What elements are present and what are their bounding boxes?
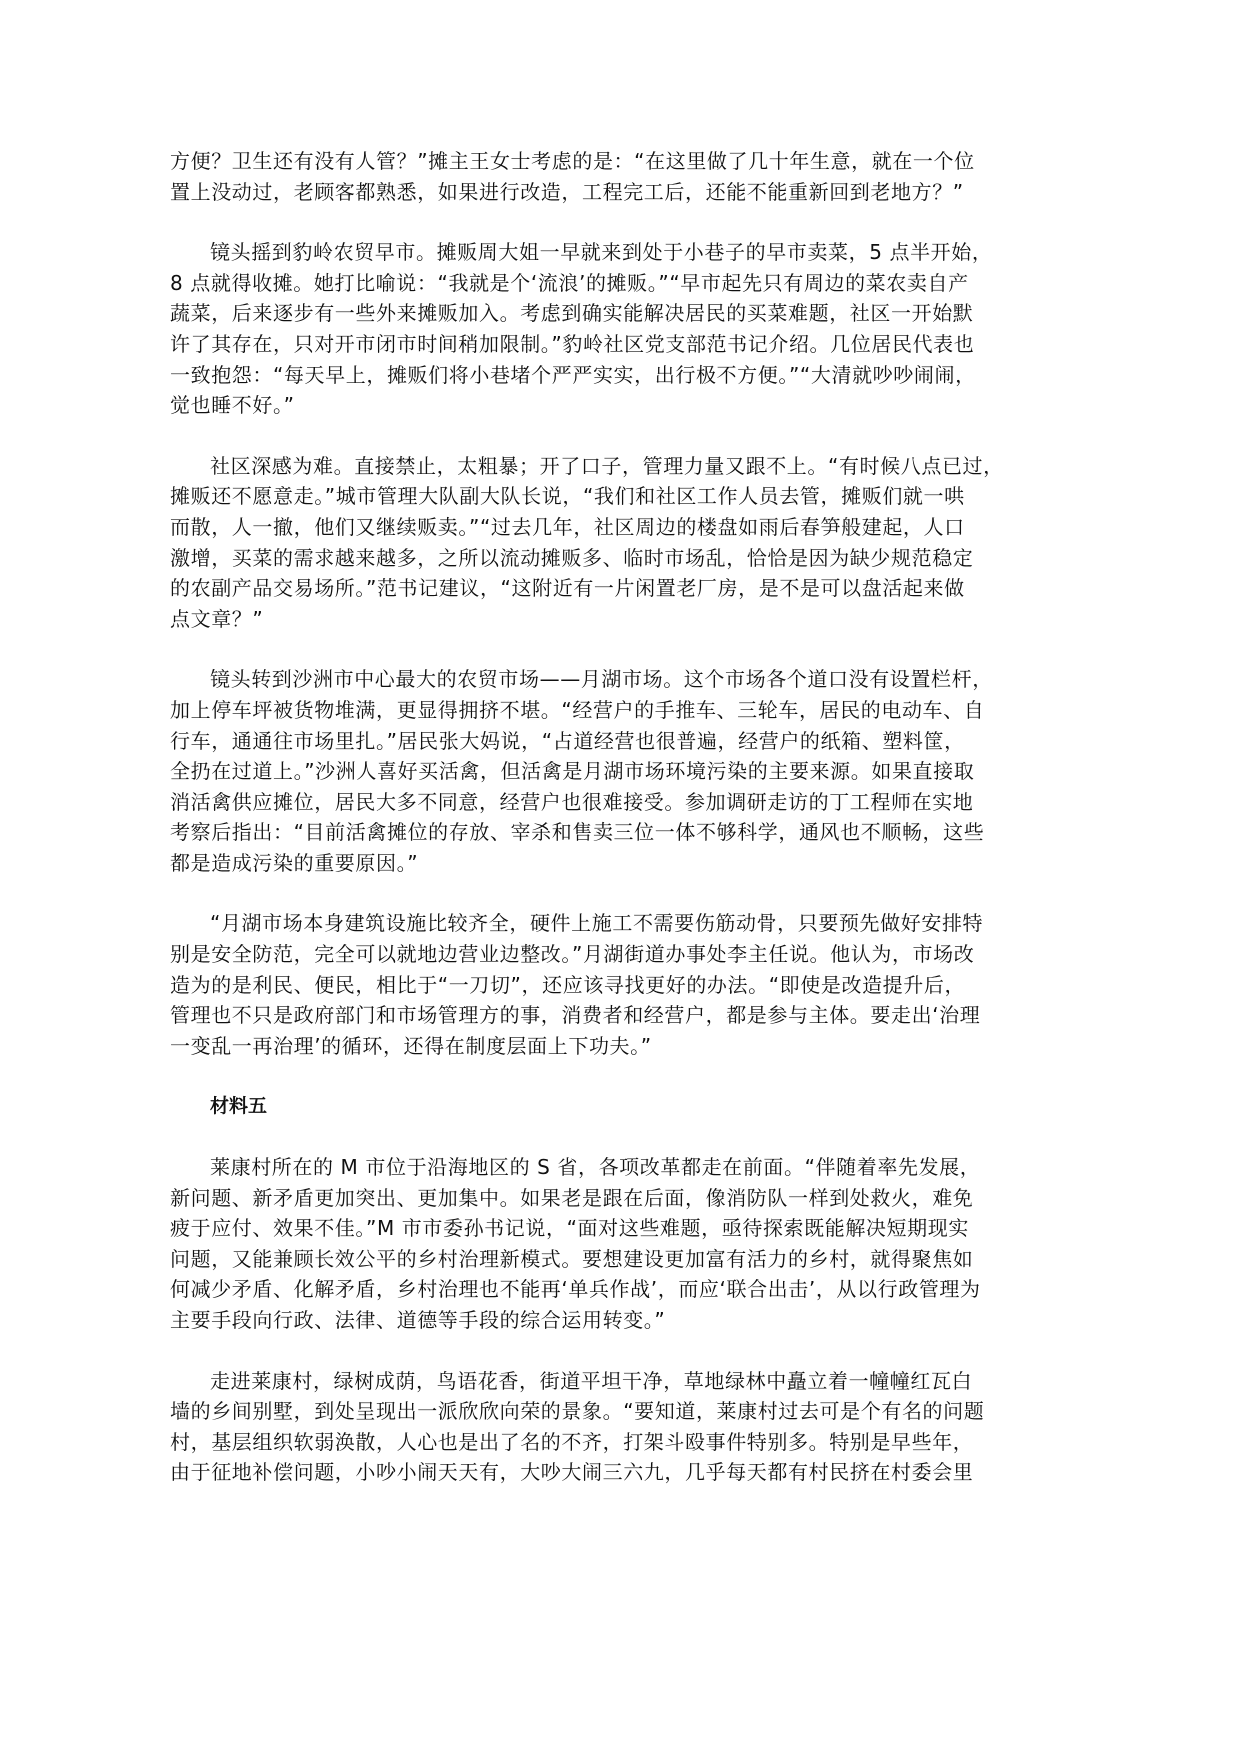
text-line: 造为的是利民、便民，相比于“一刀切”，还应该寻找更好的办法。“即使是改造提升后， — [170, 970, 1050, 1001]
paragraph-yuehu-market: 镜头转到沙洲市中心最大的农贸市场——月湖市场。这个市场各个道口没有设置栏杆， 加… — [170, 664, 1050, 878]
text-line: 一致抱怨：“每天早上，摊贩们将小巷堵个严严实实，出行极不方便。”“大清就吵吵闹闹… — [170, 360, 1050, 391]
text-line: 行车，通通往市场里扎。”居民张大妈说，“占道经营也很普遍，经营户的纸箱、塑料筐， — [170, 726, 1050, 757]
text-line: 主要手段向行政、法律、道德等手段的综合运用转变。” — [170, 1305, 1050, 1336]
text-line: 镜头转到沙洲市中心最大的农贸市场——月湖市场。这个市场各个道口没有设置栏杆， — [170, 664, 1050, 695]
text-line: 都是造成污染的重要原因。” — [170, 848, 1050, 879]
paragraph-m-city-reform: 莱康村所在的 M 市位于沿海地区的 S 省，各项改革都走在前面。“伴随着率先发展… — [170, 1152, 1050, 1336]
text-line: 点文章？” — [170, 604, 1050, 635]
text-line: 而散，人一撤，他们又继续贩卖。”“过去几年，社区周边的楼盘如雨后春笋般建起，人口 — [170, 512, 1050, 543]
text-line: 消活禽供应摊位，居民大多不同意，经营户也很难接受。参加调研走访的丁工程师在实地 — [170, 787, 1050, 818]
paragraph-laikang-village: 走进莱康村，绿树成荫，鸟语花香，街道平坦干净，草地绿林中矗立着一幢幢红瓦白 墙的… — [170, 1366, 1050, 1488]
text-line: 激增，买菜的需求越来越多，之所以流动摊贩多、临时市场乱，恰恰是因为缺少规范稳定 — [170, 543, 1050, 574]
text-line: 社区深感为难。直接禁止，太粗暴；开了口子，管理力量又跟不上。“有时候八点已过， — [170, 451, 1050, 482]
text-line: 蔬菜，后来逐步有一些外来摊贩加入。考虑到确实能解决居民的买菜难题，社区一开始默 — [170, 298, 1050, 329]
text-line: 别是安全防范，完全可以就地边营业边整改。”月湖街道办事处李主任说。他认为，市场改 — [170, 939, 1050, 970]
text-line: 由于征地补偿问题，小吵小闹天天有，大吵大闹三六九，几乎每天都有村民挤在村委会里 — [170, 1457, 1050, 1488]
paragraph-community-dilemma: 社区深感为难。直接禁止，太粗暴；开了口子，管理力量又跟不上。“有时候八点已过， … — [170, 451, 1050, 635]
text-line: 问题，又能兼顾长效公平的乡村治理新模式。要想建设更加富有活力的乡村，就得聚焦如 — [170, 1244, 1050, 1275]
text-line: 全扔在过道上。”沙洲人喜好买活禽，但活禽是月湖市场环境污染的主要来源。如果直接取 — [170, 756, 1050, 787]
text-line: 加上停车坪被货物堆满，更显得拥挤不堪。“经营户的手推车、三轮车，居民的电动车、自 — [170, 695, 1050, 726]
text-line: 疲于应付、效果不佳。”M 市市委孙书记说，“面对这些难题，亟待探索既能解决短期现… — [170, 1213, 1050, 1244]
text-line: 摊贩还不愿意走。”城市管理大队副大队长说，“我们和社区工作人员去管，摊贩们就一哄 — [170, 481, 1050, 512]
text-line: 的农副产品交易场所。”范书记建议，“这附近有一片闲置老厂房，是不是可以盘活起来做 — [170, 573, 1050, 604]
text-line: 村，基层组织软弱涣散，人心也是出了名的不齐，打架斗殴事件特别多。特别是早些年， — [170, 1427, 1050, 1458]
text-line: 莱康村所在的 M 市位于沿海地区的 S 省，各项改革都走在前面。“伴随着率先发展… — [170, 1152, 1050, 1183]
paragraph-stall-owner-concerns: 方便？卫生还有没有人管？”摊主王女士考虑的是：“在这里做了几十年生意，就在一个位… — [170, 146, 1050, 207]
text-line: 走进莱康村，绿树成荫，鸟语花香，街道平坦干净，草地绿林中矗立着一幢幢红瓦白 — [170, 1366, 1050, 1397]
paragraph-baoling-morning-market: 镜头摇到豹岭农贸早市。摊贩周大姐一早就来到处于小巷子的早市卖菜，5 点半开始， … — [170, 237, 1050, 421]
text-line: 管理也不只是政府部门和市场管理方的事，消费者和经营户，都是参与主体。要走出‘治理 — [170, 1000, 1050, 1031]
text-line: 新问题、新矛盾更加突出、更加集中。如果老是跟在后面，像消防队一样到处救火，难免 — [170, 1183, 1050, 1214]
paragraph-director-li-quote: “月湖市场本身建筑设施比较齐全，硬件上施工不需要伤筋动骨，只要预先做好安排特 别… — [170, 908, 1050, 1061]
text-line: 一变乱一再治理’的循环，还得在制度层面上下功夫。” — [170, 1031, 1050, 1062]
document-page: 方便？卫生还有没有人管？”摊主王女士考虑的是：“在这里做了几十年生意，就在一个位… — [170, 146, 1050, 1518]
text-line: 8 点就得收摊。她打比喻说：“我就是个‘流浪’的摊贩。”“早市起先只有周边的菜农… — [170, 268, 1050, 299]
text-line: 镜头摇到豹岭农贸早市。摊贩周大姐一早就来到处于小巷子的早市卖菜，5 点半开始， — [170, 237, 1050, 268]
text-line: 置上没动过，老顾客都熟悉，如果进行改造，工程完工后，还能不能重新回到老地方？” — [170, 177, 1050, 208]
text-line: “月湖市场本身建筑设施比较齐全，硬件上施工不需要伤筋动骨，只要预先做好安排特 — [170, 908, 1050, 939]
section-heading-material-five: 材料五 — [170, 1091, 1050, 1122]
text-line: 觉也睡不好。” — [170, 390, 1050, 421]
text-line: 许了其存在，只对开市闭市时间稍加限制。”豹岭社区党支部范书记介绍。几位居民代表也 — [170, 329, 1050, 360]
text-line: 方便？卫生还有没有人管？”摊主王女士考虑的是：“在这里做了几十年生意，就在一个位 — [170, 146, 1050, 177]
text-line: 考察后指出：“目前活禽摊位的存放、宰杀和售卖三位一体不够科学，通风也不顺畅，这些 — [170, 817, 1050, 848]
text-line: 何减少矛盾、化解矛盾，乡村治理也不能再‘单兵作战’，而应‘联合出击’，从以行政管… — [170, 1274, 1050, 1305]
text-line: 墙的乡间别墅，到处呈现出一派欣欣向荣的景象。“要知道，莱康村过去可是个有名的问题 — [170, 1396, 1050, 1427]
